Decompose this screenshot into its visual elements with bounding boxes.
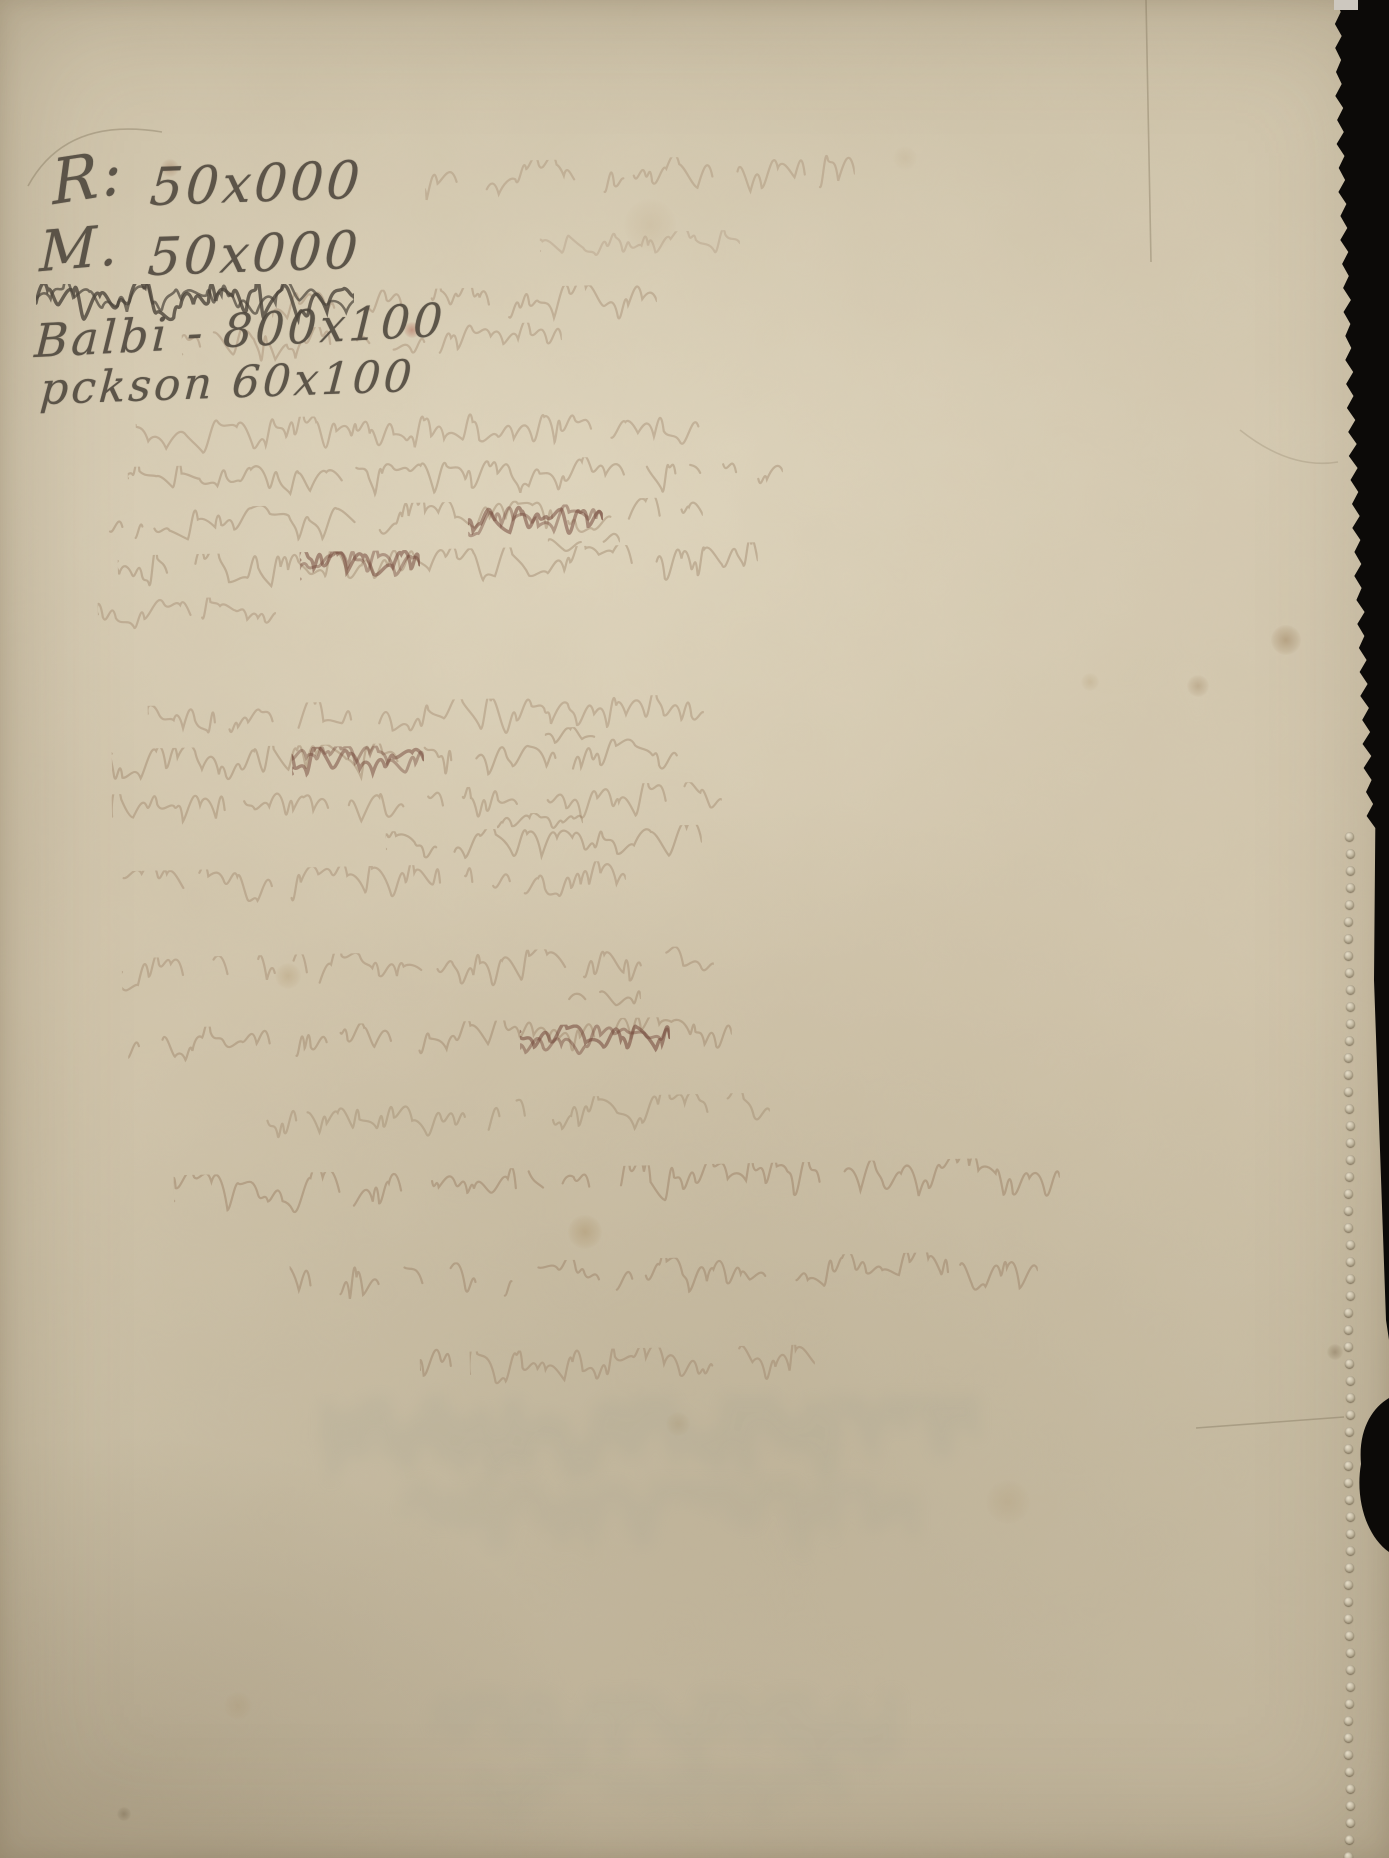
document-scan: R:50x000M.50x000Balbi - 800x100pckson 60… — [0, 0, 1389, 1858]
paper-sheet — [0, 0, 1389, 1858]
